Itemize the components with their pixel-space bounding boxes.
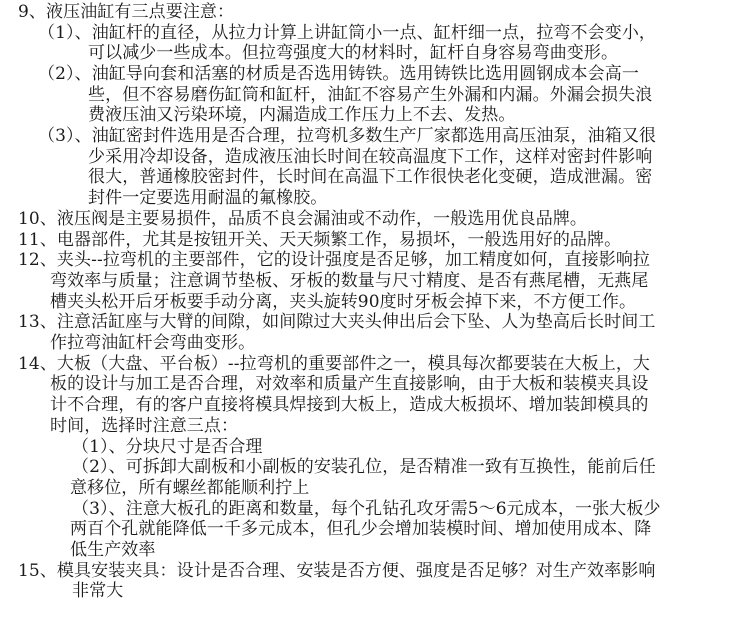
- section-15: 15、模具安装夹具：设计是否合理、安装是否方便、强度是否足够？对生产效率影响: [18, 561, 655, 581]
- section-10: 10、液压阀是主要易损件，品质不良会漏油或不动作，一般选用优良品牌。: [18, 209, 587, 229]
- section-11: 11、电器部件，尤其是按钮开关、天天频繁工作，易损坏，一般选用好的品牌。: [18, 230, 621, 250]
- section-14-cont: 计不合理，有的客户直接将模具焊接到大板上，造成大板损坏、增加装卸模具的: [50, 395, 649, 415]
- section-15-cont: 非常大: [72, 581, 123, 601]
- section-14-item-3-cont: 低生产效率: [70, 540, 156, 560]
- section-9-item-3-cont: 封件一定要选用耐温的氟橡胶。: [88, 188, 327, 208]
- section-9-item-3-cont: 很大，普通橡胶密封件，长时间在高温下工作很快老化变硬，造成泄漏。密: [88, 167, 652, 187]
- section-14: 14、大板（大盘、平台板）--拉弯机的重要部件之一，模具每次都要装在大板上，大: [18, 354, 650, 374]
- document-page: 9、液压油缸有三点要注意： （1）、油缸杆的直径，从拉力计算上讲缸筒小一点、缸杆…: [0, 0, 735, 618]
- section-9-item-1: （1）、油缸杆的直径，从拉力计算上讲缸筒小一点、缸杆细一点，拉弯不会变小，: [38, 23, 656, 43]
- section-9-item-1-cont: 可以减少一些成本。但拉弯强度大的材料时，缸杆自身容易弯曲变形。: [88, 43, 618, 63]
- section-9-item-3: （3）、油缸密封件选用是否合理，拉弯机多数生产厂家都选用高压油泵，油箱又很: [38, 126, 656, 146]
- section-9-item-2-cont: 些，但不容易磨伤缸筒和缸杆，油缸不容易产生外漏和内漏。外漏会损失浪: [88, 85, 652, 105]
- section-9-item-3-cont: 少采用冷却设备，造成液压油长时间在较高温度下工作，这样对密封件影响: [88, 147, 652, 167]
- section-9-item-2-cont: 费液压油又污染环境，内漏造成工作压力上不去、发热。: [88, 105, 516, 125]
- section-14-cont: 板的设计与加工是否合理，对效率和质量产生直接影响，由于大板和装模夹具设: [50, 374, 649, 394]
- section-13: 13、注意活缸座与大臂的间隙，如间隙过大夹头伸出后会下坠、人为垫高后长时间工: [18, 312, 655, 332]
- section-12: 12、夹头--拉弯机的主要部件，它的设计强度是否足够，加工精度如何，直接影响拉: [18, 250, 650, 270]
- section-14-cont: 时间，选择时注意三点：: [50, 416, 238, 436]
- section-12-cont: 槽夹头松开后牙板要手动分离，夹头旋转90度时牙板会掉下来，不方便工作。: [50, 292, 636, 312]
- section-14-item-2: （2）、可拆卸大副板和小副板的安装孔位，是否精准一致有互换性，能前后任: [72, 457, 656, 477]
- section-14-item-1: （1）、分块尺寸是否合理: [72, 437, 263, 457]
- section-13-cont: 作拉弯油缸杆会弯曲变形。: [50, 333, 255, 353]
- section-9-item-2: （2）、油缸导向套和活塞的材质是否选用铸铁。选用铸铁比选用圆钢成本会高一: [38, 64, 639, 84]
- section-9-heading: 9、液压油缸有三点要注意：: [18, 2, 234, 22]
- section-14-item-3: （3）、注意大板孔的距离和数量，每个孔钻孔攻牙需5～6元成本，一张大板少: [72, 499, 661, 519]
- section-14-item-3-cont: 两百个孔就能降低一千多元成本，但孔少会增加装模时间、增加使用成本、降: [70, 519, 651, 539]
- section-12-cont: 弯效率与质量；注意调节垫板、牙板的数量与尺寸精度、是否有燕尾槽，无燕尾: [50, 271, 649, 291]
- section-14-item-2-cont: 意移位，所有螺丝都能顺利拧上: [70, 478, 309, 498]
